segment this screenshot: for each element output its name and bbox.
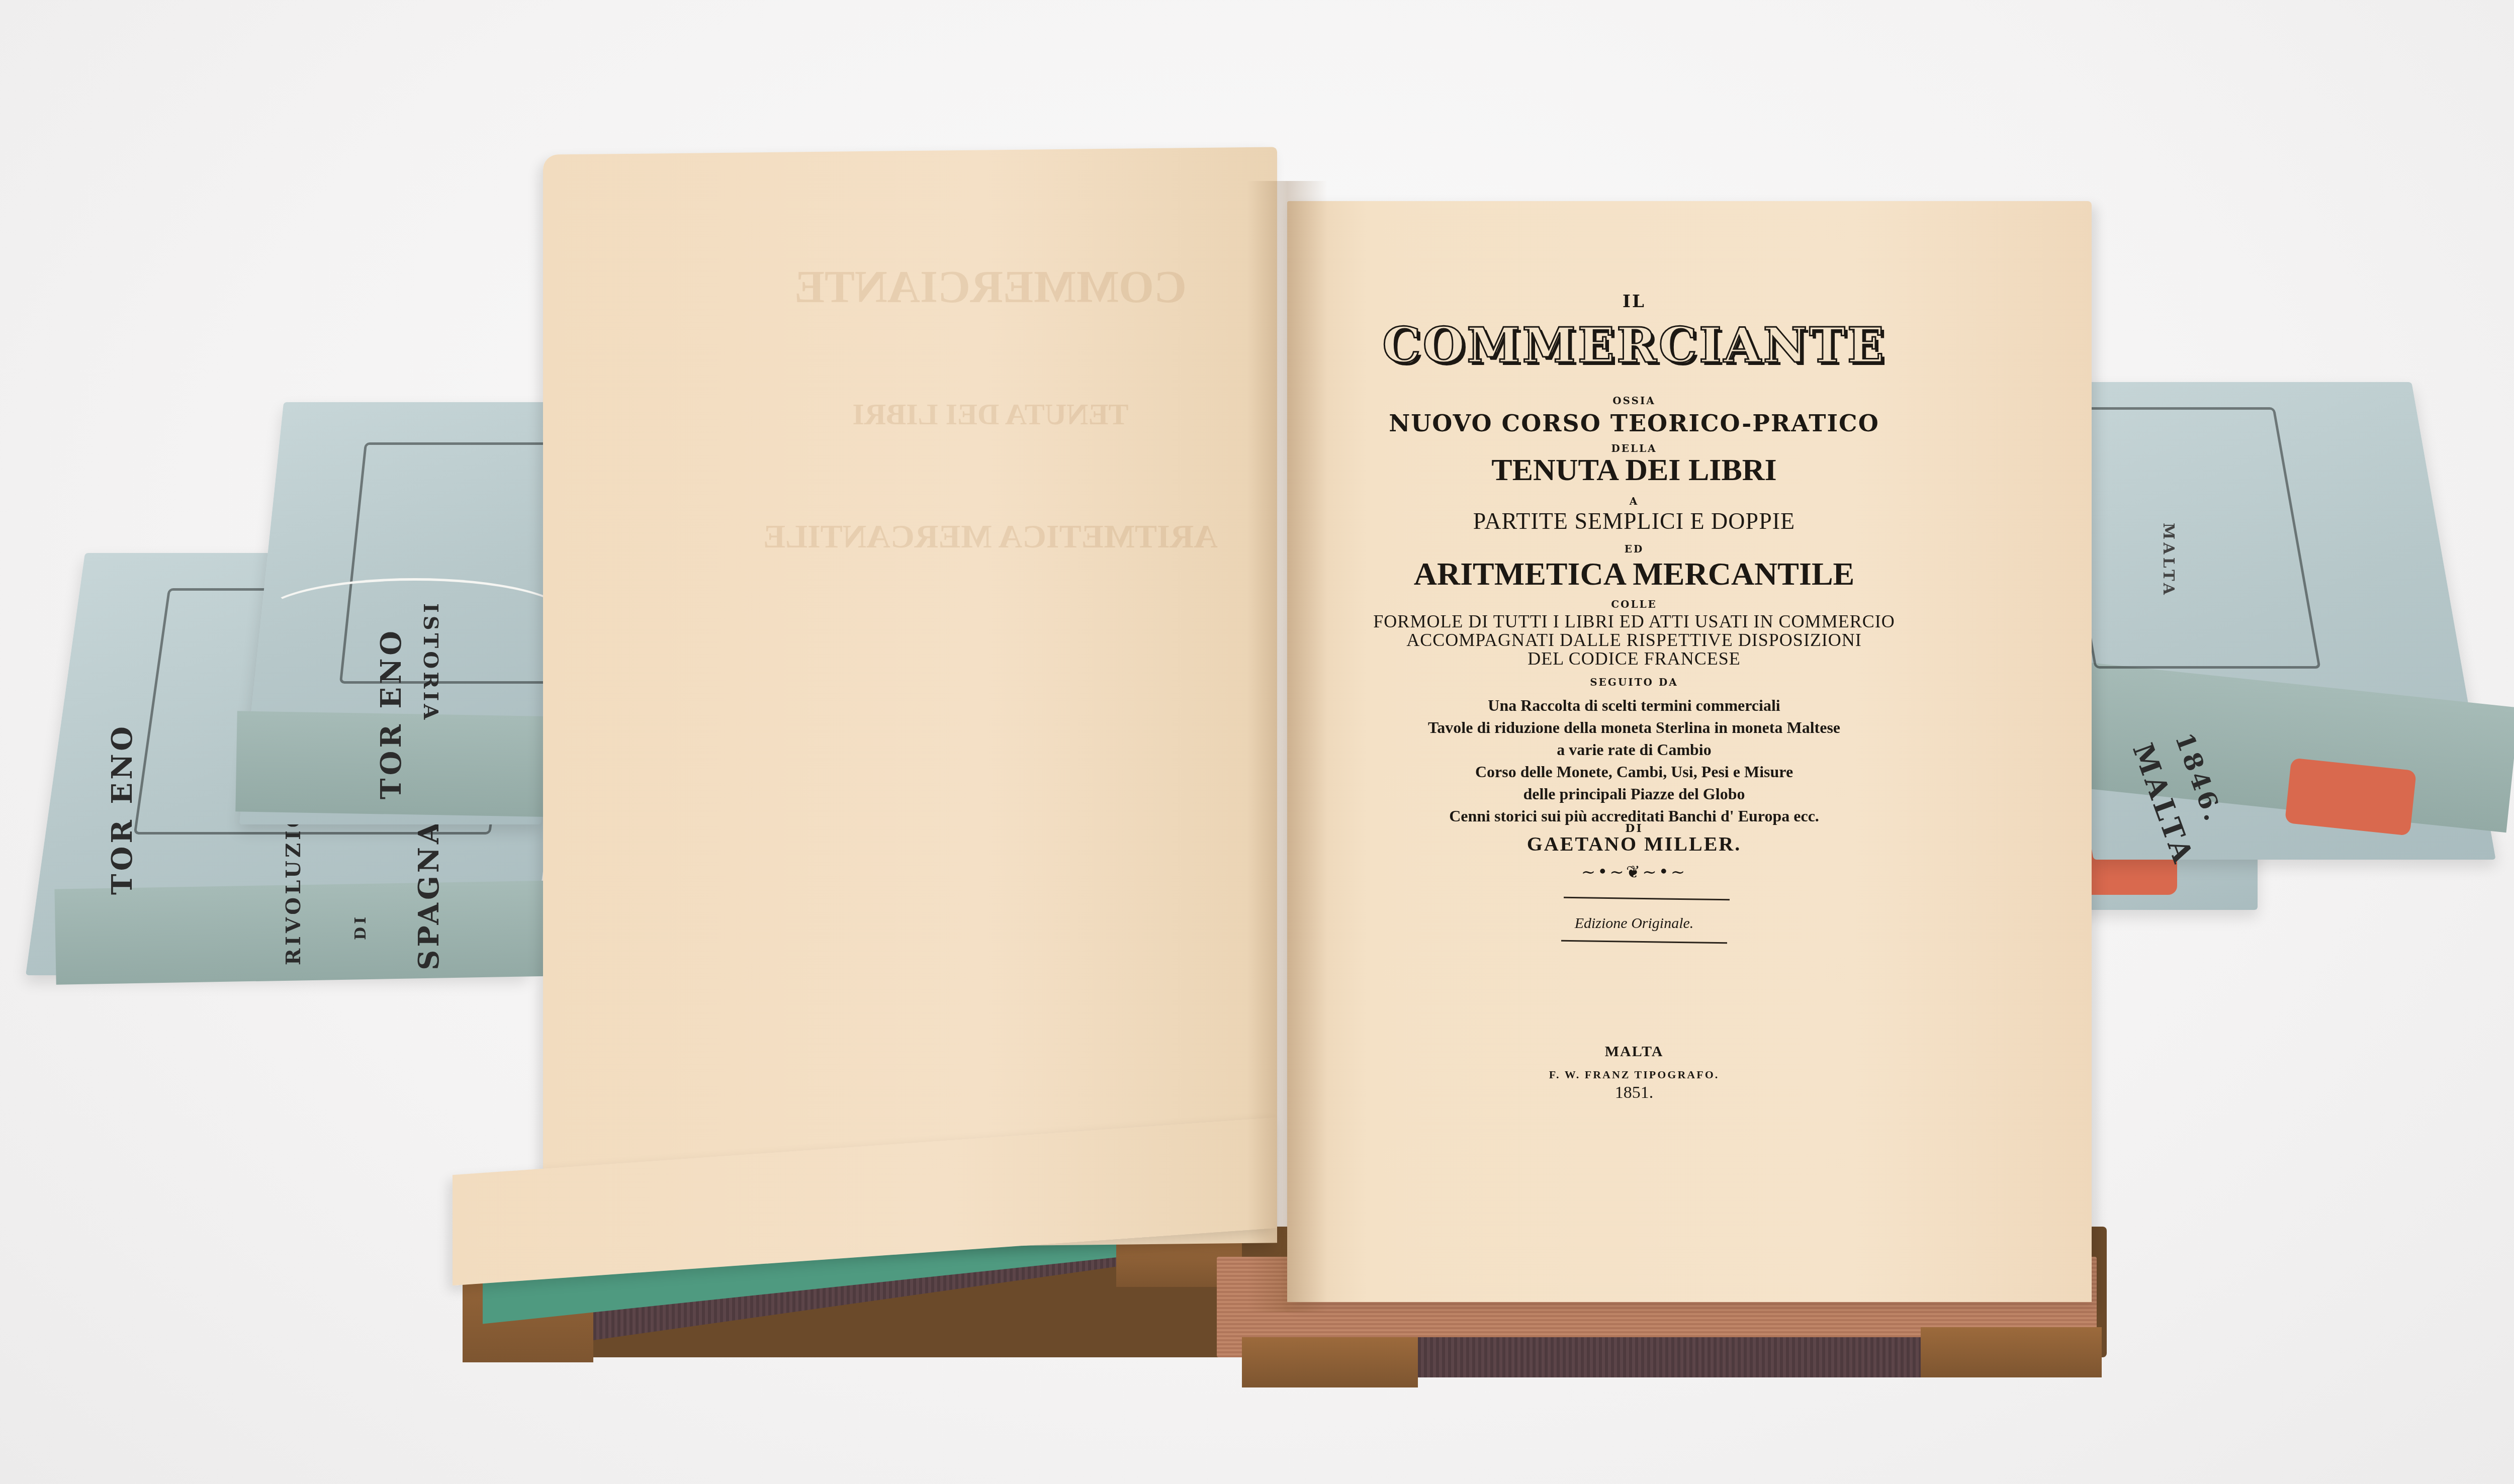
author-name: GAETANO MILLER. <box>1302 832 1966 856</box>
bleedthrough-line-2: TENUTA DEI LIBRI <box>714 397 1267 432</box>
right-board-leather-spine-end <box>1242 1337 1418 1387</box>
imprint-printer: F. W. FRANZ TIPOGRAFO. <box>1302 1068 1966 1081</box>
description-line-3: DEL CODICE FRANCESE <box>1302 648 1966 669</box>
title-ossia: OSSIA <box>1302 395 1966 407</box>
left-lower-spine-di: DI <box>352 914 370 940</box>
bleedthrough-line-3: ARITMETICA MERCANTILE <box>714 518 1267 556</box>
imprint-place: MALTA <box>1302 1043 1966 1060</box>
binding-string <box>261 578 568 654</box>
contents-line-5: delle principali Piazze del Globo <box>1302 782 1966 805</box>
contents-line-4: Corso delle Monete, Cambi, Usi, Pesi e M… <box>1302 760 1966 783</box>
contents-line-3: a varie rate di Cambio <box>1302 738 1966 761</box>
subtitle-partite: PARTITE SEMPLICI E DOPPIE <box>1302 508 1966 534</box>
right-board-cloth <box>1418 1337 1921 1377</box>
left-lower-spine-country: SPAGNA <box>412 819 445 970</box>
title-article: IL <box>1302 292 1966 312</box>
right-upper-volume-label <box>2285 758 2416 836</box>
description-line-2: ACCOMPAGNATI DALLE RISPETTIVE DISPOSIZIO… <box>1302 629 1966 651</box>
contents-line-1: Una Raccolta di scelti termini commercia… <box>1302 694 1966 717</box>
imprint-year: 1851. <box>1302 1083 1966 1102</box>
left-lower-volume-spine <box>54 880 564 985</box>
right-board-leather-corner <box>1921 1327 2102 1377</box>
subtitle-nuovo-corso: NUOVO CORSO TEORICO-PRATICO <box>1302 410 1966 437</box>
title-colle: COLLE <box>1302 598 1966 610</box>
subtitle-tenuta-dei-libri: TENUTA DEI LIBRI <box>1302 452 1966 488</box>
bleedthrough-title: COMMERCIANTE <box>714 261 1267 313</box>
contents-line-2: Tavole di riduzione della moneta Sterlin… <box>1302 716 1966 739</box>
right-upper-cover-title: MALTA <box>2160 523 2177 598</box>
title-a: A <box>1302 495 1966 507</box>
description-line-1: FORMOLE DI TUTTI I LIBRI ED ATTI USATI I… <box>1302 611 1966 632</box>
left-upper-spine-title: TOR ENO <box>375 628 408 799</box>
ornament-divider: ~•~❦~•~ <box>1302 862 1966 882</box>
title-seguito-da: SEGUITO DA <box>1302 676 1966 688</box>
edition-label: Edizione Originale. <box>1302 915 1966 932</box>
title-ed: ED <box>1302 543 1966 555</box>
left-lower-spine-title: TOR ENO <box>106 723 139 895</box>
book-title: COMMERCIANTE <box>1302 317 1966 374</box>
subtitle-aritmetica-mercantile: ARITMETICA MERCANTILE <box>1302 555 1966 593</box>
